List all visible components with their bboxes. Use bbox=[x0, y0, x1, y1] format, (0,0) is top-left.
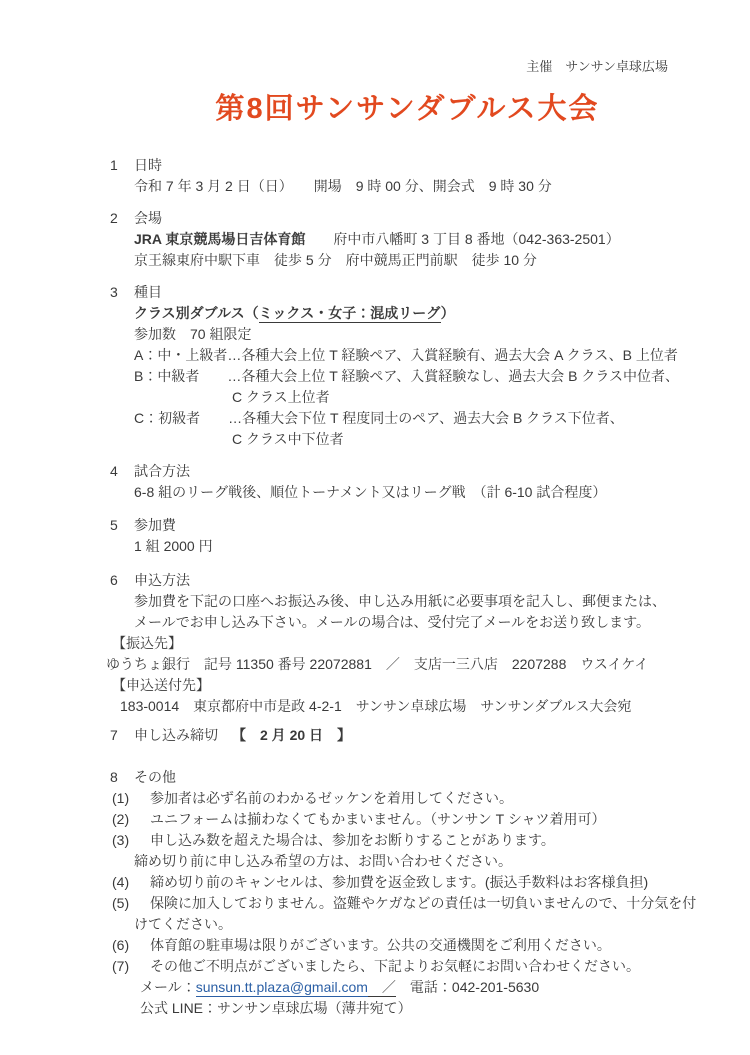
email-link[interactable]: sunsun.tt.plaza@gmail.com bbox=[196, 979, 368, 997]
section-heading: 申し込み締切 bbox=[134, 725, 218, 746]
note-item-2: (2) ユニフォームは揃わなくてもかまいません。（サンサン T シャツ着用可） bbox=[112, 809, 705, 830]
bank-transfer-label: 【振込先】 bbox=[112, 633, 705, 654]
venue-address: 府中市八幡町 3 丁目 8 番地（042-363-2501） bbox=[305, 231, 619, 247]
section-heading: 試合方法 bbox=[134, 461, 190, 482]
note-item-5: (5) 保険に加入しておりません。盗難やケガなどの責任は一切負いませんので、十分… bbox=[112, 893, 705, 914]
organizer-line: 主催 サンサン卓球広場 bbox=[110, 56, 705, 77]
section-notes: 8 その他 (1) 参加者は必ず名前のわかるゼッケンを着用してください。 (2)… bbox=[110, 767, 705, 1019]
note-item-text: ユニフォームは揃わなくてもかまいません。（サンサン T シャツ着用可） bbox=[150, 809, 606, 830]
note-item-number: (6) bbox=[112, 935, 150, 956]
datetime-line: 令和 7 年 3 月 2 日（日） 開場 9 時 00 分、開会式 9 時 30… bbox=[134, 176, 705, 197]
class-c-cont-line: C クラス中下位者 bbox=[232, 429, 705, 450]
event-class-title-underlined: ミックス・女子：混成リーグ bbox=[259, 305, 441, 323]
note-item-6: (6) 体育館の駐車場は限りがございます。公共の交通機関をご利用ください。 bbox=[112, 935, 705, 956]
note-item-5-continuation: けてください。 bbox=[134, 914, 705, 935]
event-class-title-post: ） bbox=[441, 305, 455, 321]
note-item-1: (1) 参加者は必ず名前のわかるゼッケンを着用してください。 bbox=[112, 788, 705, 809]
page-title: 第8回サンサンダブルス大会 bbox=[110, 89, 705, 129]
note-item-text: 体育館の駐車場は限りがございます。公共の交通機関をご利用ください。 bbox=[150, 935, 611, 956]
class-b-line: B：中級者 …各種大会上位 T 経験ペア、入賞経験なし、過去大会 B クラス中位… bbox=[134, 366, 705, 387]
note-item-4: (4) 締め切り前のキャンセルは、参加費を返金致します。(振込手数料はお客様負担… bbox=[112, 872, 705, 893]
note-item-text: 申し込み数を超えた場合は、参加をお断りすることがあります。 bbox=[150, 830, 555, 851]
contact-separator: ／ bbox=[368, 979, 396, 997]
application-body-line-2: メールでお申し込み下さい。メールの場合は、受付完了メールをお送り致します。 bbox=[134, 612, 705, 633]
event-class-title: クラス別ダブルス（ミックス・女子：混成リーグ） bbox=[134, 303, 705, 324]
deadline-date: 【 2 月 20 日 】 bbox=[232, 725, 351, 746]
note-item-number: (3) bbox=[112, 830, 150, 851]
entry-fee-line: 1 組 2000 円 bbox=[134, 536, 705, 557]
section-number: 5 bbox=[110, 515, 134, 536]
event-class-title-pre: クラス別ダブルス（ bbox=[134, 305, 259, 321]
document-page: 主催 サンサン卓球広場 第8回サンサンダブルス大会 1 日時 令和 7 年 3 … bbox=[0, 0, 750, 1055]
contact-line: メール：sunsun.tt.plaza@gmail.com ／ 電話：042-2… bbox=[140, 977, 705, 998]
section-deadline: 7 申し込み締切 【 2 月 20 日 】 bbox=[110, 725, 705, 746]
mailing-address-line: 183-0014 東京都府中市是政 4-2-1 サンサン卓球広場 サンサンダブル… bbox=[120, 696, 705, 717]
class-c-line: C：初級者 …各種大会下位 T 程度同士のペア、過去大会 B クラス下位者、 bbox=[134, 408, 705, 429]
note-item-text: 保険に加入しておりません。盗難やケガなどの責任は一切負いませんので、十分気を付 bbox=[150, 893, 696, 914]
section-heading: 申込方法 bbox=[134, 570, 190, 591]
section-venue: 2 会場 JRA 東京競馬場日吉体育館 府中市八幡町 3 丁目 8 番地（042… bbox=[110, 208, 705, 271]
note-item-7: (7) その他ご不明点がございましたら、下記よりお気軽にお問い合わせください。 bbox=[112, 956, 705, 977]
venue-access-line: 京王線東府中駅下車 徒歩 5 分 府中競馬正門前駅 徒歩 10 分 bbox=[134, 250, 705, 271]
note-item-text: 締め切り前のキャンセルは、参加費を返金致します。(振込手数料はお客様負担) bbox=[150, 872, 648, 893]
application-body-line-1: 参加費を下記の口座へお振込み後、申し込み用紙に必要事項を記入し、郵便または、 bbox=[134, 591, 705, 612]
note-item-number: (2) bbox=[112, 809, 150, 830]
section-number: 2 bbox=[110, 208, 134, 229]
entry-limit-line: 参加数 70 組限定 bbox=[134, 324, 705, 345]
note-item-number: (5) bbox=[112, 893, 150, 914]
venue-line: JRA 東京競馬場日吉体育館 府中市八幡町 3 丁目 8 番地（042-363-… bbox=[134, 229, 705, 250]
class-b-cont-line: C クラス上位者 bbox=[232, 387, 705, 408]
section-number: 7 bbox=[110, 725, 134, 746]
venue-name: JRA 東京競馬場日吉体育館 bbox=[134, 231, 305, 247]
mailing-address-label: 【申込送付先】 bbox=[112, 675, 705, 696]
section-number: 3 bbox=[110, 282, 134, 303]
note-item-number: (1) bbox=[112, 788, 150, 809]
note-item-number: (4) bbox=[112, 872, 150, 893]
official-line-contact: 公式 LINE：サンサン卓球広場（薄井宛て） bbox=[140, 998, 705, 1019]
section-heading: 会場 bbox=[134, 208, 162, 229]
section-heading: 日時 bbox=[134, 155, 162, 176]
section-heading: その他 bbox=[134, 767, 176, 788]
class-a-line: A：中・上級者…各種大会上位 T 経験ペア、入賞経験有、過去大会 A クラス、B… bbox=[134, 345, 705, 366]
note-item-number: (7) bbox=[112, 956, 150, 977]
section-match-format: 4 試合方法 6-8 組のリーグ戦後、順位トーナメント又はリーグ戦 （計 6-1… bbox=[110, 461, 705, 503]
section-number: 1 bbox=[110, 155, 134, 176]
section-datetime: 1 日時 令和 7 年 3 月 2 日（日） 開場 9 時 00 分、開会式 9… bbox=[110, 155, 705, 197]
note-item-3-continuation: 締め切り前に申し込み希望の方は、お問い合わせください。 bbox=[134, 851, 705, 872]
match-format-line: 6-8 組のリーグ戦後、順位トーナメント又はリーグ戦 （計 6-10 試合程度） bbox=[134, 482, 705, 503]
note-item-3: (3) 申し込み数を超えた場合は、参加をお断りすることがあります。 bbox=[112, 830, 705, 851]
note-item-text: 参加者は必ず名前のわかるゼッケンを着用してください。 bbox=[150, 788, 513, 809]
section-application: 6 申込方法 参加費を下記の口座へお振込み後、申し込み用紙に必要事項を記入し、郵… bbox=[110, 570, 705, 717]
note-item-text: その他ご不明点がございましたら、下記よりお気軽にお問い合わせください。 bbox=[150, 956, 640, 977]
section-heading: 参加費 bbox=[134, 515, 176, 536]
section-number: 6 bbox=[110, 570, 134, 591]
section-heading: 種目 bbox=[134, 282, 162, 303]
section-entry-fee: 5 参加費 1 組 2000 円 bbox=[110, 515, 705, 557]
section-events: 3 種目 クラス別ダブルス（ミックス・女子：混成リーグ） 参加数 70 組限定 … bbox=[110, 282, 705, 450]
section-number: 4 bbox=[110, 461, 134, 482]
bank-account-line: ゆうちょ銀行 記号 11350 番号 22072881 ／ 支店一三八店 220… bbox=[106, 654, 705, 675]
contact-phone: 電話：042-201-5630 bbox=[396, 979, 539, 995]
section-number: 8 bbox=[110, 767, 134, 788]
contact-mail-label: メール： bbox=[140, 979, 196, 995]
